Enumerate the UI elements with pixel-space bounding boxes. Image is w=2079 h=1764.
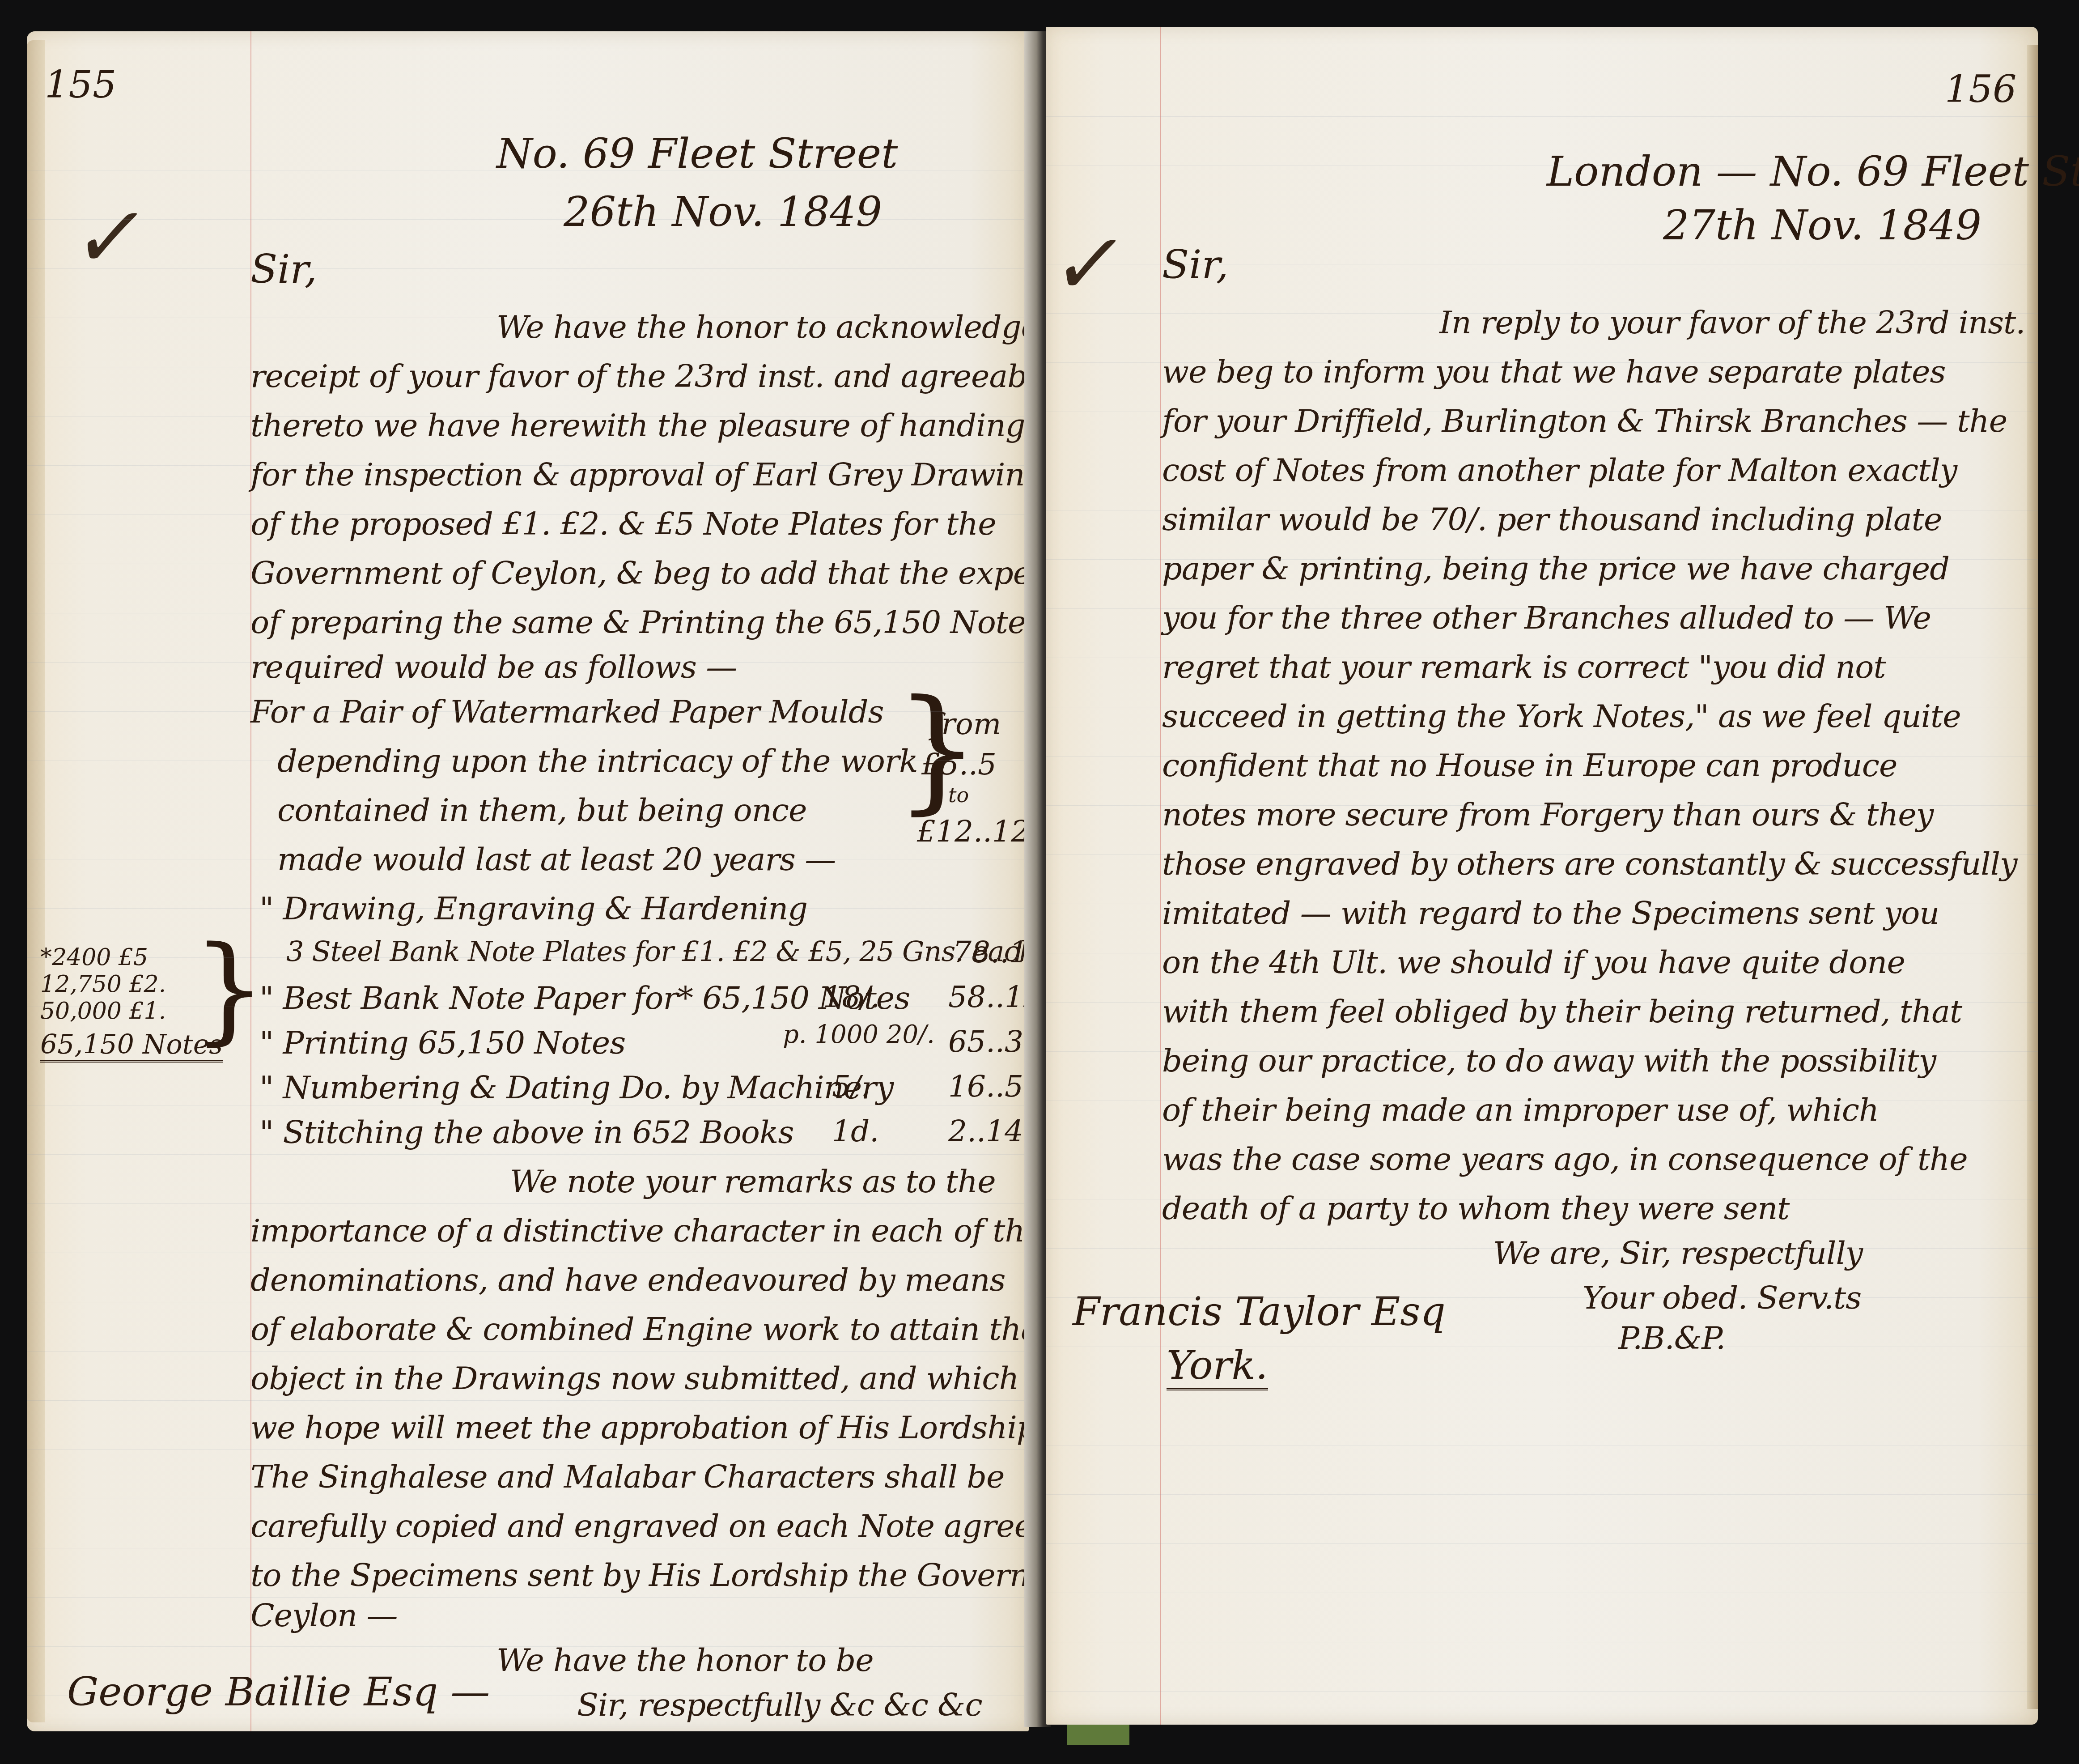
ruled-line [27, 1105, 1029, 1105]
ruled-line [1046, 658, 2038, 658]
body-line: In reply to your favor of the 23rd inst. [1439, 304, 2025, 341]
estimate-line: depending upon the intricacy of the work [277, 743, 918, 779]
body-line: those engraved by others are constantly … [1162, 846, 2017, 882]
ruled-line [1046, 1199, 2038, 1199]
ruled-line [27, 514, 1029, 515]
range-low: £5..5 [921, 747, 997, 782]
ruled-line [1046, 1297, 2038, 1298]
letter-date: 27th Nov. 1849 [1663, 201, 1981, 249]
body-line: confident that no House in Europe can pr… [1162, 747, 1897, 784]
body-line: receipt of your favor of the 23rd inst. … [250, 358, 1054, 395]
body-line: was the case some years ago, in conseque… [1162, 1141, 1968, 1177]
range-high: £12..12 [917, 814, 1030, 849]
estimate-item-rate: 5/. [832, 1069, 870, 1104]
ruled-line [27, 1548, 1029, 1548]
ruled-line [1046, 904, 2038, 904]
closing-line: We are, Sir, respectfully [1493, 1235, 1863, 1271]
body-line: Ceylon — [250, 1597, 397, 1634]
body-line: we beg to inform you that we have separa… [1162, 353, 1945, 390]
ruled-line [1046, 1642, 2038, 1642]
ruled-line [27, 613, 1029, 613]
ruled-line [27, 1203, 1029, 1204]
body-line: Government of Ceylon, & beg to add that … [250, 555, 1085, 591]
estimate-item-rate: p. 1000 20/. [783, 1020, 935, 1049]
ruled-line [1046, 756, 2038, 757]
ruled-line [27, 367, 1029, 367]
body-line: you for the three other Branches alluded… [1162, 599, 1931, 636]
body-line: we hope will meet the approbation of His… [250, 1409, 1046, 1446]
body-line: of the proposed £1. £2. & £5 Note Plates… [250, 506, 996, 542]
estimate-item-label: " Best Bank Note Paper for* 65,150 Notes [259, 980, 910, 1016]
closing-line: We have the honor to be [496, 1642, 874, 1679]
ruled-line [1046, 608, 2038, 609]
ruled-line [1046, 313, 2038, 314]
ruled-line [27, 465, 1029, 466]
body-line: being our practice, to do away with the … [1162, 1042, 1936, 1079]
body-line: thereto we have herewith the pleasure of… [250, 407, 1025, 444]
body-line: similar would be 70/. per thousand inclu… [1162, 501, 1942, 538]
letter-date: 26th Nov. 1849 [564, 188, 882, 236]
ruled-line [27, 170, 1029, 170]
page-edges [27, 40, 45, 1722]
ruled-line [27, 1007, 1029, 1007]
ruled-line [27, 219, 1029, 220]
body-line: regret that your remark is correct "you … [1162, 649, 1886, 685]
body-line: The Singhalese and Malabar Characters sh… [250, 1458, 1005, 1495]
ruled-line [27, 957, 1029, 958]
ruled-line [1046, 707, 2038, 707]
ruled-line [27, 1449, 1029, 1450]
body-line: on the 4th Ult. we should if you have qu… [1162, 944, 1905, 981]
right-page: 156 ✓ London — No. 69 Fleet Street 27th … [1046, 27, 2038, 1725]
ruled-line [27, 1253, 1029, 1253]
ruled-line [1046, 1347, 2038, 1347]
ruled-line [1046, 854, 2038, 855]
ruled-line [1046, 461, 2038, 461]
ruled-line [27, 564, 1029, 564]
body-line: notes more secure from Forgery than ours… [1162, 796, 1933, 833]
body-line: for the inspection & approval of Earl Gr… [250, 456, 1060, 493]
ruled-line [1046, 1494, 2038, 1495]
ruled-line [27, 1302, 1029, 1302]
ruled-line [27, 1400, 1029, 1401]
ruled-line [27, 810, 1029, 810]
estimate-item-label: 3 Steel Bank Note Plates for £1. £2 & £5… [286, 935, 1036, 968]
body-line: of elaborate & combined Engine work to a… [250, 1311, 1051, 1347]
body-line: carefully copied and engraved on each No… [250, 1508, 1097, 1544]
left-page: 155 ✓ No. 69 Fleet Street 26th Nov. 1849… [27, 31, 1029, 1731]
ruled-line [1046, 412, 2038, 412]
ruled-line [1046, 1002, 2038, 1003]
estimate-item-rate: 1d. [832, 1114, 879, 1148]
ruled-line [1046, 1150, 2038, 1150]
ruled-line [27, 1351, 1029, 1352]
page-number: 156 [1945, 67, 2016, 111]
ruled-line [27, 318, 1029, 318]
ruled-line [27, 416, 1029, 417]
closing-line: Your obed. Serv.ts [1583, 1279, 1861, 1316]
body-line: paper & printing, being the price we hav… [1162, 550, 1949, 587]
ruled-line [27, 761, 1029, 761]
ruled-line [27, 711, 1029, 712]
ruled-line [27, 1646, 1029, 1647]
ruled-line [27, 1597, 1029, 1598]
ruled-line [27, 1056, 1029, 1056]
margin-note-line: 50,000 £1. [40, 998, 166, 1024]
range-to-label: to [948, 783, 969, 807]
body-line: importance of a distinctive character in… [250, 1212, 1043, 1249]
body-line: cost of Notes from another plate for Mal… [1162, 452, 1957, 489]
estimate-item-label: " Drawing, Engraving & Hardening [259, 890, 807, 927]
ruled-line [1046, 264, 2038, 264]
estimate-item-label: " Stitching the above in 652 Books [259, 1114, 793, 1151]
addressee: George Baillie Esq — [67, 1669, 490, 1715]
estimate-line: For a Pair of Watermarked Paper Moulds [250, 693, 883, 730]
addressee: Francis Taylor Esq [1073, 1288, 1446, 1335]
ruled-line [1046, 510, 2038, 510]
red-margin-line [1160, 27, 1161, 1725]
body-line: object in the Drawings now submitted, an… [250, 1360, 1019, 1397]
margin-note-line: 12,750 £2. [40, 971, 166, 998]
estimate-line: contained in them, but being once [277, 792, 806, 829]
ruled-line [27, 121, 1029, 121]
ruled-line [1046, 1543, 2038, 1544]
ruled-line [1046, 362, 2038, 363]
ruled-line [27, 1696, 1029, 1696]
body-line: of preparing the same & Printing the 65,… [250, 604, 1041, 641]
ruled-line [27, 859, 1029, 859]
signature: P.B.&P. [1618, 1320, 1725, 1356]
body-line: succeed in getting the York Notes," as w… [1162, 698, 1961, 735]
estimate-line: made would last at least 20 years — [277, 841, 836, 878]
ruled-line [1046, 116, 2038, 117]
ruled-line [1046, 1445, 2038, 1445]
ruled-line [1046, 1593, 2038, 1593]
body-line: We have the honor to acknowledge [496, 309, 1039, 345]
ruled-line [1046, 1396, 2038, 1396]
ruled-line [27, 662, 1029, 663]
body-line: with them feel obliged by their being re… [1162, 993, 1962, 1030]
ruled-line [1046, 805, 2038, 806]
page-edges [2027, 45, 2038, 1709]
estimate-item-rate: 18/. [823, 980, 880, 1014]
estimate-item-label: " Numbering & Dating Do. by Machinery [259, 1069, 893, 1106]
body-line: denominations, and have endeavoured by m… [250, 1262, 1005, 1298]
letter-address: London — No. 69 Fleet Street [1547, 148, 2079, 196]
ruled-line [1046, 215, 2038, 215]
body-line: for your Driffield, Burlington & Thirsk … [1162, 403, 2007, 439]
closing-line: Sir, respectfully &c &c &c [577, 1687, 982, 1723]
body-line: We note your remarks as to the [510, 1163, 996, 1200]
body-line: required would be as follows — [250, 649, 737, 685]
range-from-label: from [930, 707, 1001, 741]
check-mark-icon: ✓ [68, 188, 156, 287]
page-number: 155 [45, 63, 116, 106]
ruled-line [1046, 1051, 2038, 1052]
body-line: imitated — with regard to the Specimens … [1162, 895, 1939, 931]
ruled-line [1046, 1101, 2038, 1101]
ruled-line [1046, 1691, 2038, 1692]
salutation: Sir, [1162, 242, 1229, 288]
bookmark-ribbon-bottom [1067, 1725, 1129, 1745]
ruled-line [1046, 559, 2038, 560]
ruled-line [1046, 166, 2038, 166]
salutation: Sir, [250, 246, 317, 292]
body-line: of their being made an improper use of, … [1162, 1092, 1879, 1128]
ruled-line [1046, 1248, 2038, 1249]
ruled-line [27, 1154, 1029, 1155]
body-line: death of a party to whom they were sent [1162, 1190, 1789, 1227]
ruled-line [27, 1499, 1029, 1499]
body-line: to the Specimens sent by His Lordship th… [250, 1557, 1101, 1594]
ruled-line [27, 268, 1029, 269]
ruled-line [27, 908, 1029, 909]
ruled-line [1046, 953, 2038, 953]
addressee-town: York. [1167, 1342, 1268, 1390]
brace-icon: } [192, 922, 266, 1057]
